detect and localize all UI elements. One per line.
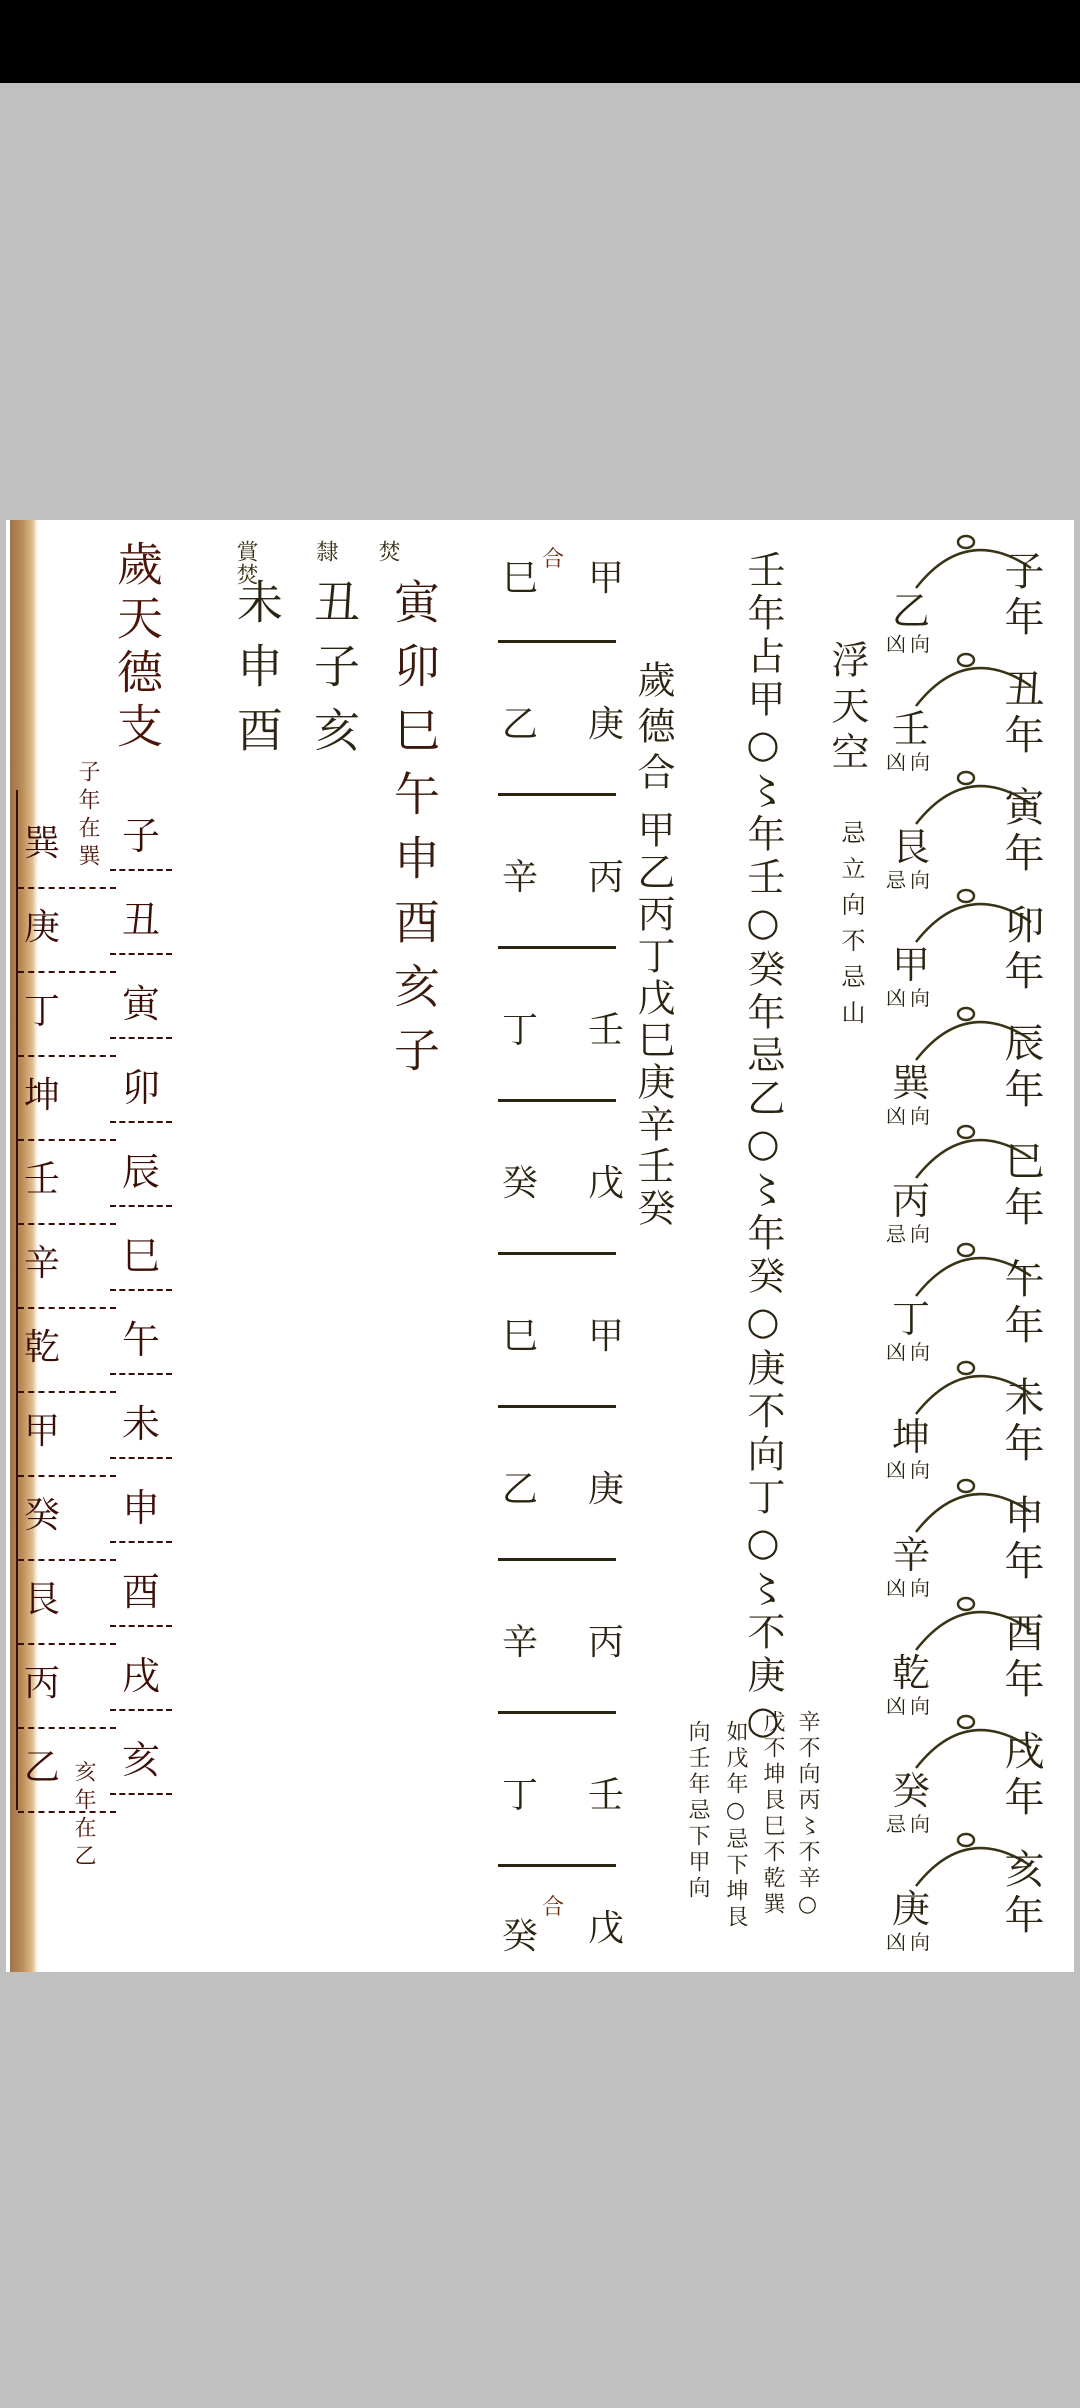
branch-label: 戌 (122, 1654, 160, 1698)
table-row: 壬 (16, 1141, 116, 1225)
direction-label: 癸 (892, 1760, 930, 1815)
branch-label: 酉 (122, 1570, 160, 1614)
table-row: 坤 (16, 1057, 116, 1141)
year-label: 酉年 (993, 1612, 1050, 1704)
branch-label: 巳 (122, 1234, 160, 1278)
branch-divider (110, 1121, 172, 1123)
pair-row: 戊癸 (498, 1099, 628, 1252)
pair-right: 戊 (588, 1155, 624, 1206)
table-row: 艮 (16, 1561, 116, 1645)
pair-left: 癸 (502, 1155, 538, 1206)
table-row: 癸 (16, 1477, 116, 1561)
pair-right: 丙 (588, 849, 624, 900)
table-row: 丁 (16, 973, 116, 1057)
pair-left: 乙 (502, 696, 538, 747)
pair-right: 庚 (588, 1461, 624, 1512)
pair-dash (498, 1099, 616, 1102)
branch-divider (110, 1793, 172, 1795)
branch-label-2: 隸 (314, 540, 336, 563)
pair-row: 壬丁 (498, 946, 628, 1099)
pair-footer-row: 戊合癸 (498, 1864, 628, 1954)
branch-label: 子 (122, 814, 160, 858)
branch-label: 辰 (122, 1150, 160, 1194)
sui-de-he-title: 歲德合 (634, 660, 672, 798)
pair-row: 甲巳 (498, 1252, 628, 1405)
main-rule-text: 壬年占甲○〻年壬○癸年忌乙○〻年癸○庚不向丁○〻不庚○ (744, 550, 782, 1747)
pair-left: 辛 (502, 849, 538, 900)
sub-rule-1: 辛不向丙〻不辛○ (796, 1710, 818, 1921)
table-row: 巽 (16, 805, 116, 889)
years-direction-column: 子年乙凶向丑年壬凶向寅年艮忌向卯年甲凶向辰年巽凶向巳年丙忌向午年丁凶向未年坤凶向… (886, 520, 1074, 1972)
year-label: 丑年 (993, 668, 1050, 760)
pair-dash (498, 1558, 616, 1561)
branch-divider (110, 1373, 172, 1375)
pair-left: 辛 (502, 1614, 538, 1665)
pair-right: 戊 (588, 1900, 624, 1951)
pair-row: 丙辛 (498, 793, 628, 946)
table-cell: 艮 (24, 1571, 60, 1622)
direction-label: 坤 (892, 1406, 930, 1461)
year-label: 子年 (993, 550, 1050, 642)
year-label: 亥年 (993, 1848, 1050, 1940)
pair-row: 庚乙 (498, 1405, 628, 1558)
branch-cell: 辰 (106, 1141, 176, 1225)
sui-tian-de-branches: 子丑寅卯辰巳午未申酉戌亥 (106, 805, 176, 1813)
table-row: 丙 (16, 1645, 116, 1729)
he-mark: 合 (542, 1890, 564, 1921)
table-cell: 庚 (24, 899, 60, 950)
pair-right: 壬 (588, 1002, 624, 1053)
branch-divider (110, 1457, 172, 1459)
branch-divider (110, 1541, 172, 1543)
left-direction-table: 巽庚丁坤壬辛乾甲癸艮丙乙 (16, 805, 116, 1813)
table-row: 甲 (16, 1393, 116, 1477)
pair-dash (498, 1252, 616, 1255)
stem-pairing-table: 甲合巳庚乙丙辛壬丁戊癸甲巳庚乙丙辛壬丁戊合癸 (498, 550, 628, 1970)
table-cell: 巽 (24, 815, 60, 866)
direction-note: 凶向 (886, 1926, 934, 1955)
branch-divider (110, 953, 172, 955)
direction-label: 庚 (892, 1878, 930, 1933)
branch-label: 卯 (122, 1066, 160, 1110)
direction-label: 辛 (892, 1524, 930, 1579)
table-row: 乙 (16, 1729, 116, 1813)
branch-divider (110, 1037, 172, 1039)
pair-header-row: 甲合巳 (498, 550, 628, 640)
branch-cell: 亥 (106, 1729, 176, 1813)
branch-cell: 巳 (106, 1225, 176, 1309)
direction-label: 乾 (892, 1642, 930, 1697)
table-cell: 坤 (24, 1067, 60, 1118)
year-label: 卯年 (993, 904, 1050, 996)
branch-label: 丑 (122, 898, 160, 942)
pair-dash (498, 946, 616, 949)
table-row: 庚 (16, 889, 116, 973)
table-cell: 乾 (24, 1319, 60, 1370)
pair-dash (498, 1711, 616, 1714)
direction-label: 甲 (892, 934, 930, 989)
direction-label: 乙 (892, 580, 930, 635)
document-page: 子年乙凶向丑年壬凶向寅年艮忌向卯年甲凶向辰年巽凶向巳年丙忌向午年丁凶向未年坤凶向… (6, 520, 1074, 1972)
branch-divider (110, 1625, 172, 1627)
viewer-top-bar (0, 0, 1080, 83)
table-cell: 乙 (24, 1739, 60, 1790)
branch-cell: 未 (106, 1393, 176, 1477)
branch-label: 亥 (122, 1738, 160, 1782)
fu-tian-kong-subtitle: 忌立向不忌山 (839, 820, 863, 1036)
direction-label: 丁 (892, 1288, 930, 1343)
branch-label-3: 焚 (376, 540, 398, 563)
he-mark: 合 (542, 542, 564, 573)
table-cell: 丁 (24, 983, 60, 1034)
year-label: 申年 (993, 1494, 1050, 1586)
pair-dash (498, 793, 616, 796)
direction-label: 艮 (892, 816, 930, 871)
year-label: 辰年 (993, 1022, 1050, 1114)
pair-row: 庚乙 (498, 640, 628, 793)
table-divider (18, 1809, 116, 1813)
pair-right: 甲 (588, 1308, 624, 1359)
table-row: 乾 (16, 1309, 116, 1393)
year-label: 未年 (993, 1376, 1050, 1468)
year-label: 午年 (993, 1258, 1050, 1350)
pair-left: 丁 (502, 1767, 538, 1818)
sui-de-he-stems: 甲乙丙丁戊巳庚辛壬癸 (634, 810, 672, 1230)
year-entry: 亥年庚凶向 (886, 1826, 1056, 1972)
branch-label: 未 (122, 1402, 160, 1446)
branch-divider (110, 1289, 172, 1291)
branch-group-c: 未申酉 (234, 578, 280, 770)
year-label: 寅年 (993, 786, 1050, 878)
pair-dash (498, 1864, 616, 1867)
pair-dash (498, 640, 616, 643)
pair-left-top: 巳 (502, 550, 538, 601)
fu-tian-kong-title: 浮天空 (828, 640, 866, 778)
table-cell: 癸 (24, 1487, 60, 1538)
pair-left: 癸 (502, 1908, 538, 1959)
table-cell: 辛 (24, 1235, 60, 1286)
branch-cell: 申 (106, 1477, 176, 1561)
branch-group-a: 寅卯巳午申酉亥子 (391, 578, 437, 1090)
branch-label: 寅 (122, 982, 160, 1026)
year-label: 戌年 (993, 1730, 1050, 1822)
pair-left: 乙 (502, 1461, 538, 1512)
sub-rule-4: 向壬年忌下甲向 (686, 1720, 708, 1902)
branch-divider (110, 1205, 172, 1207)
direction-label: 丙 (892, 1170, 930, 1225)
branch-group-b: 丑子亥 (311, 578, 357, 770)
year-label: 巳年 (993, 1140, 1050, 1232)
branch-label: 午 (122, 1318, 160, 1362)
pair-right: 丙 (588, 1614, 624, 1665)
table-row: 辛 (16, 1225, 116, 1309)
table-cell: 壬 (24, 1151, 60, 1202)
branch-cell: 酉 (106, 1561, 176, 1645)
table-cell: 丙 (24, 1655, 60, 1706)
pair-left: 巳 (502, 1308, 538, 1359)
pair-row: 壬丁 (498, 1711, 628, 1864)
branch-label: 申 (122, 1486, 160, 1530)
pair-right: 壬 (588, 1767, 624, 1818)
branch-divider (110, 869, 172, 871)
table-cell: 甲 (24, 1403, 60, 1454)
branch-divider (110, 1709, 172, 1711)
branch-cell: 丑 (106, 889, 176, 973)
branch-cell: 午 (106, 1309, 176, 1393)
branch-cell: 卯 (106, 1057, 176, 1141)
branch-cell: 戌 (106, 1645, 176, 1729)
sub-rule-2: 戊不坤艮巳不乾巽 (761, 1710, 783, 1918)
sub-rule-3: 如戊年○忌下坤艮 (724, 1720, 746, 1931)
sui-tian-de-title: 歲天德支 (114, 540, 160, 756)
pair-left: 丁 (502, 1002, 538, 1053)
direction-label: 巽 (892, 1052, 930, 1107)
pair-dash (498, 1405, 616, 1408)
direction-label: 壬 (892, 698, 930, 753)
branch-cell: 子 (106, 805, 176, 889)
pair-row: 丙辛 (498, 1558, 628, 1711)
pair-right-top: 甲 (588, 550, 624, 601)
branch-cell: 寅 (106, 973, 176, 1057)
pair-right: 庚 (588, 696, 624, 747)
